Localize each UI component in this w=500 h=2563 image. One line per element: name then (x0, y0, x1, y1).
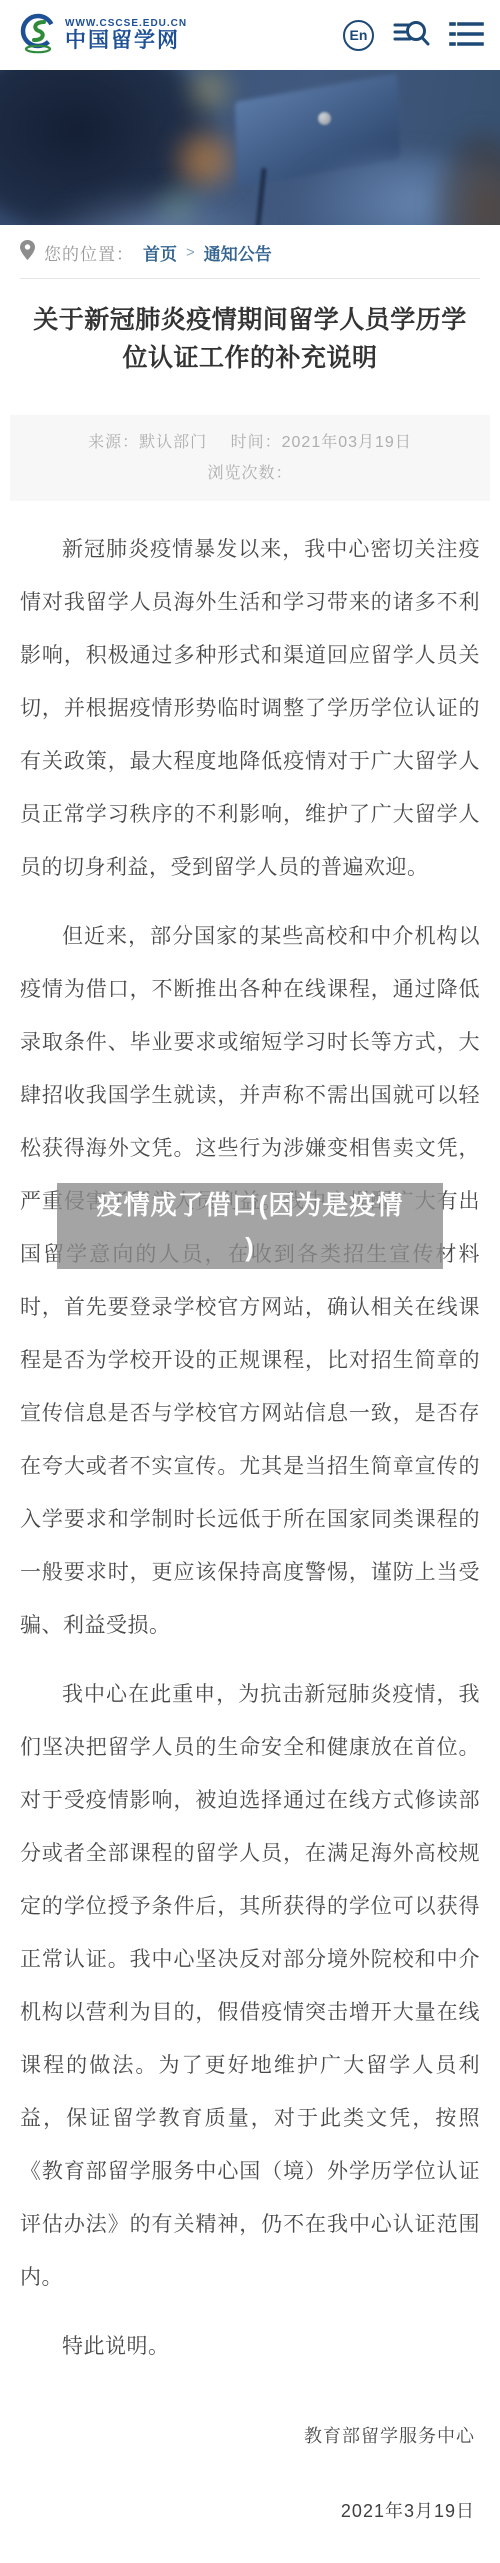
article-paragraph: 新冠肺炎疫情暴发以来，我中心密切关注疫情对我留学人员海外生活和学习带来的诸多不利… (20, 523, 480, 894)
menu-list-icon (449, 20, 484, 51)
page: { "header": { "logo": { "url_text": "WWW… (0, 0, 500, 2563)
header-actions: En (343, 19, 484, 52)
cscse-emblem-icon (18, 12, 58, 59)
translation-overlay-tooltip: 疫情成了借口(因为是疫情 ) (57, 1183, 443, 1269)
graduation-hero-image (0, 70, 500, 225)
article-source: 来源：默认部门 (88, 434, 207, 451)
article-closing-line: 特此说明。 (20, 2320, 480, 2373)
site-logo[interactable]: WWW.CSCSE.EDU.CN 中国留学网 (18, 12, 187, 59)
article-paragraph: 我中心在此重申，为抗击新冠肺炎疫情，我们坚决把留学人员的生命安全和健康放在首位。… (20, 1668, 480, 2304)
overlay-text-line-1: 疫情成了借口(因为是疫情 (97, 1184, 404, 1226)
article-meta: 来源：默认部门 时间：2021年03月19日 浏览次数： (10, 415, 490, 501)
breadcrumb-location-label: 您的位置： (44, 240, 134, 265)
logo-site-name: 中国留学网 (65, 29, 187, 52)
breadcrumb: 您的位置： 首页 > 通知公告 (20, 225, 480, 279)
breadcrumb-category-link[interactable]: 通知公告 (204, 240, 272, 265)
menu-button[interactable] (449, 20, 484, 51)
language-toggle-button[interactable]: En (343, 20, 374, 51)
hero-cap-button-shape (318, 112, 331, 125)
article-view-count: 浏览次数： (207, 465, 292, 482)
article-paragraph: 但近来，部分国家的某些高校和中介机构以疫情为借口，不断推出各种在线课程，通过降低… (20, 910, 480, 1652)
article-meta-row-1: 来源：默认部门 时间：2021年03月19日 (20, 427, 480, 458)
location-pin-icon (20, 240, 35, 265)
page-bottom-padding (0, 2526, 500, 2563)
language-label: En (350, 27, 368, 43)
article-signature: 教育部留学服务中心 2021年3月19日 (0, 2421, 500, 2526)
breadcrumb-home-link[interactable]: 首页 (143, 240, 177, 265)
site-header: WWW.CSCSE.EDU.CN 中国留学网 En (0, 0, 500, 70)
overlay-text-line-2: ) (245, 1226, 255, 1268)
search-icon (393, 19, 430, 52)
article-body: 新冠肺炎疫情暴发以来，我中心密切关注疫情对我留学人员海外生活和学习带来的诸多不利… (0, 523, 500, 2373)
signature-organization: 教育部留学服务中心 (25, 2421, 475, 2451)
article-time: 时间：2021年03月19日 (231, 434, 412, 451)
signature-date: 2021年3月19日 (25, 2496, 475, 2526)
article-meta-row-2: 浏览次数： (20, 458, 480, 489)
article-title: 关于新冠肺炎疫情期间留学人员学历学位认证工作的补充说明 (25, 301, 475, 377)
article: 关于新冠肺炎疫情期间留学人员学历学位认证工作的补充说明 来源：默认部门 时间：2… (0, 301, 500, 2563)
logo-text: WWW.CSCSE.EDU.CN 中国留学网 (65, 18, 187, 52)
breadcrumb-separator: > (186, 244, 195, 261)
hero-hair-shape (435, 130, 500, 225)
search-button[interactable] (393, 19, 430, 52)
